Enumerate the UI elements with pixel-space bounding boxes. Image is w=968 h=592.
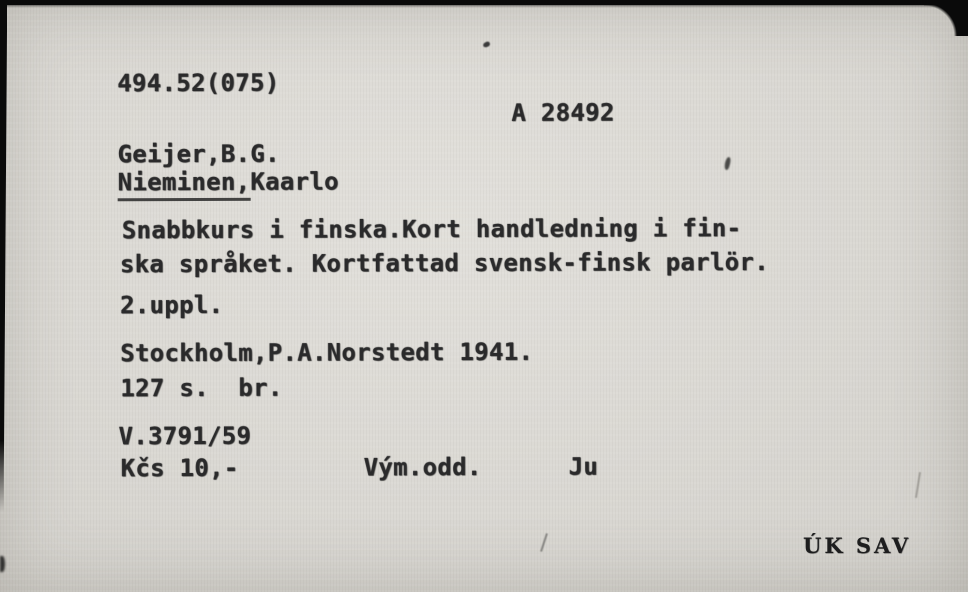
imprint-line: Stockholm,P.A.Norstedt 1941. (120, 340, 533, 365)
scanned-library-card: 494.52(075) A 28492 Geijer,B.G. Nieminen… (0, 0, 968, 592)
library-stamp: ÚK SAV (803, 533, 911, 558)
scan-corner-top-right (924, 0, 968, 36)
typewritten-text-layer: 494.52(075) A 28492 Geijer,B.G. Nieminen… (0, 0, 968, 592)
record-number: V.3791/59 (118, 424, 251, 448)
librarian-initials: Ju (569, 455, 599, 479)
title-line-2: ska språket. Kortfattad svensk-finsk par… (120, 250, 769, 276)
title-line-1: Snabbkurs i finska.Kort handledning i fi… (122, 216, 742, 242)
scan-edge-top (0, 0, 968, 5)
accession-number: A 28492 (511, 101, 614, 125)
price: Kčs 10,- (121, 456, 239, 480)
edition-statement: 2.uppl. (120, 293, 223, 317)
scan-edge-spot (0, 556, 5, 572)
collation-line: 127 s. br. (120, 376, 282, 401)
author-surname-underlined: Nieminen, (118, 168, 251, 201)
author-line-1: Geijer,B.G. (117, 142, 279, 167)
classification-number: 494.52(075) (117, 71, 279, 96)
author-line-2: Nieminen,Kaarlo (118, 170, 339, 195)
exchange-department: Vým.odd. (364, 455, 482, 479)
author-forename: Kaarlo (250, 168, 339, 196)
